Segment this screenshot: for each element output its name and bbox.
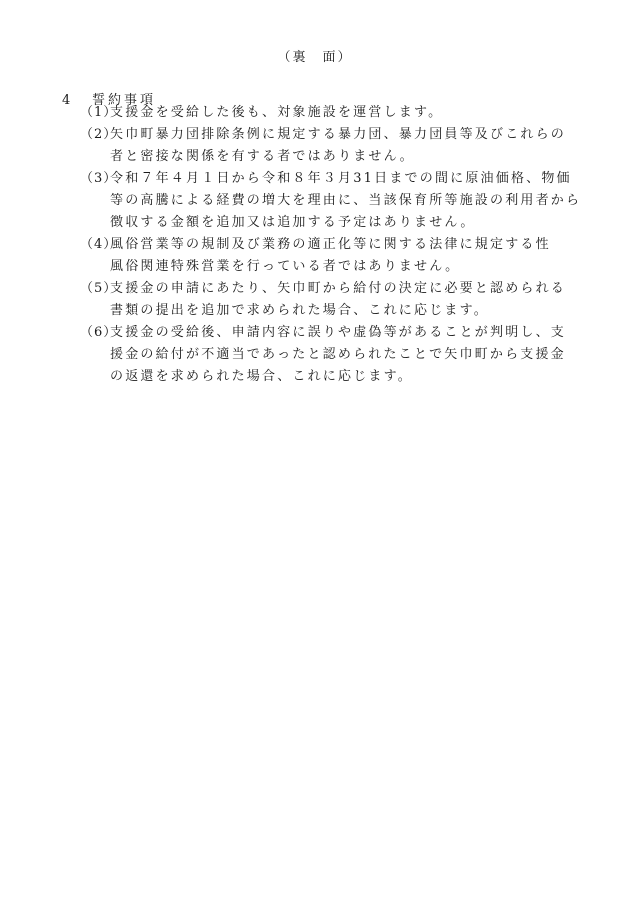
item-line: 矢巾町暴力団排除条例に規定する暴力団、暴力団員等及びこれらの xyxy=(110,124,580,146)
item-line: 者と密接な関係を有する者ではありません。 xyxy=(110,146,580,168)
item-line: 支援金の申請にあたり、矢巾町から給付の決定に必要と認められる xyxy=(110,278,580,300)
item-label: （2） xyxy=(80,124,110,146)
pledge-item-3: （3） 令和７年４月１日から令和８年３月31日までの間に原油価格、物価 等の高騰… xyxy=(80,168,580,234)
item-label: （3） xyxy=(80,168,110,190)
pledge-item-1: （1） 支援金を受給した後も、対象施設を運営します。 xyxy=(80,102,580,124)
item-line: 書類の提出を追加で求められた場合、これに応じます。 xyxy=(110,300,580,322)
item-line: 援金の給付が不適当であったと認められたことで矢巾町から支援金 xyxy=(110,344,580,366)
item-line: 支援金を受給した後も、対象施設を運営します。 xyxy=(110,102,580,124)
page-header: （裏 面） xyxy=(0,46,630,65)
item-label: （4） xyxy=(80,234,110,256)
item-line: 令和７年４月１日から令和８年３月31日までの間に原油価格、物価 xyxy=(110,168,580,190)
item-line: 等の高騰による経費の増大を理由に、当該保育所等施設の利用者から xyxy=(110,190,580,212)
item-line: 支援金の受給後、申請内容に誤りや虚偽等があることが判明し、支 xyxy=(110,322,580,344)
pledge-item-6: （6） 支援金の受給後、申請内容に誤りや虚偽等があることが判明し、支 援金の給付… xyxy=(80,322,580,388)
item-line: 風俗営業等の規制及び業務の適正化等に関する法律に規定する性 xyxy=(110,234,580,256)
pledge-item-5: （5） 支援金の申請にあたり、矢巾町から給付の決定に必要と認められる 書類の提出… xyxy=(80,278,580,322)
item-line: 風俗関連特殊営業を行っている者ではありません。 xyxy=(110,256,580,278)
item-label: （1） xyxy=(80,102,110,124)
item-label: （5） xyxy=(80,278,110,300)
item-line: 徴収する金額を追加又は追加する予定はありません。 xyxy=(110,212,580,234)
item-line: の返還を求められた場合、これに応じます。 xyxy=(110,366,580,388)
pledge-item-2: （2） 矢巾町暴力団排除条例に規定する暴力団、暴力団員等及びこれらの 者と密接な… xyxy=(80,124,580,168)
pledge-item-4: （4） 風俗営業等の規制及び業務の適正化等に関する法律に規定する性 風俗関連特殊… xyxy=(80,234,580,278)
item-label: （6） xyxy=(80,322,110,344)
